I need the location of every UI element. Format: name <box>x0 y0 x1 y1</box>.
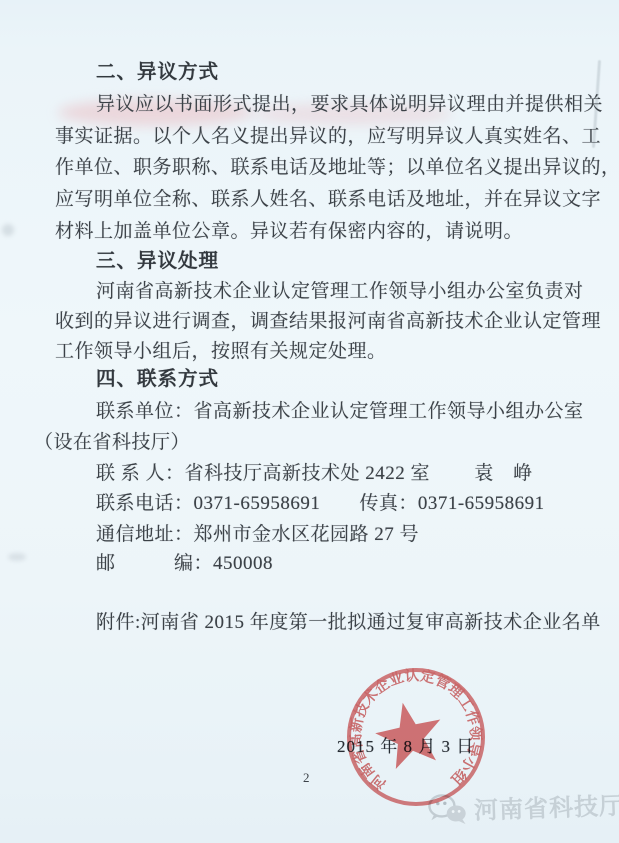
contact-postcode-line: 邮 编：450008 <box>96 548 273 575</box>
body-text-line: 材料上加盖单位公章。异议若有保密内容的，请说明。 <box>55 216 523 243</box>
contact-phone-line: 联系电话：0371-65958691 传真：0371-65958691 <box>96 488 545 515</box>
contact-unit-line: 联系单位：省高新技术企业认定管理工作领导小组办公室 <box>96 396 584 423</box>
body-text-line: 异议应以书面形式提出，要求具体说明异议理由并提供相关 <box>96 89 603 116</box>
seal-star-icon <box>375 703 440 769</box>
scan-smudge <box>2 224 14 236</box>
body-text-line: 收到的异议进行调查，调查结果报河南省高新技术企业认定管理 <box>55 306 601 333</box>
body-text-line: 工作领导小组后，按照有关规定处理。 <box>55 336 387 363</box>
document-page: 二、异议方式 异议应以书面形式提出，要求具体说明异议理由并提供相关 事实证据。以… <box>0 0 619 843</box>
contact-person-line: 联 系 人：省科技厅高新技术处 2422 室 袁 峥 <box>96 458 533 485</box>
attachment-line: 附件:河南省 2015 年度第一批拟通过复审高新技术企业名单 <box>96 607 601 634</box>
body-text-line: 河南省高新技术企业认定管理工作领导小组办公室负责对 <box>96 276 584 303</box>
page-number: 2 <box>303 770 310 786</box>
body-text-line: 作单位、职务职称、联系电话及地址等；以单位名义提出异议的， <box>55 152 619 179</box>
official-seal-stamp: 河南省高新技术企业认定管理工作领导小组 <box>341 662 491 812</box>
contact-unit-line: （设在省科技厅） <box>34 427 190 454</box>
section-heading-contact: 四、联系方式 <box>96 363 219 391</box>
section-heading-objection-handling: 三、异议处理 <box>96 245 219 273</box>
contact-address-line: 通信地址：郑州市金水区花园路 27 号 <box>96 519 419 546</box>
scan-smudge <box>8 553 26 561</box>
body-text-line: 应写明单位全称、联系人姓名、联系电话及地址，并在异议文字 <box>55 184 601 211</box>
watermark-text: 河南省科技厅 <box>473 786 619 826</box>
body-text-line: 事实证据。以个人名义提出异议的，应写明异议人真实姓名、工 <box>55 121 601 148</box>
section-heading-objection-method: 二、异议方式 <box>96 56 219 84</box>
